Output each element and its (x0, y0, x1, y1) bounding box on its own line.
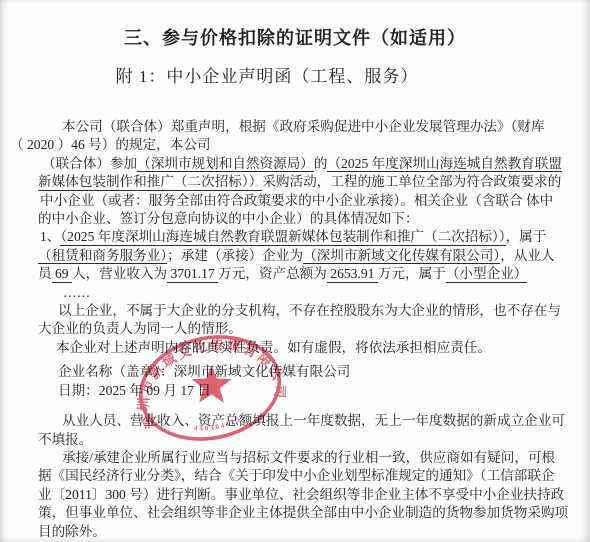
filled-blank-text: （深圳市规划和自然资源局） (137, 156, 314, 173)
doc-line: （ 2020 ）46 号）的规定，本公司 (10, 136, 574, 154)
doc-line: 1、（2025 年度深圳山海连城自然教育联盟新媒体包装制作和推广（二次招标）），… (40, 228, 574, 246)
doc-line: 的中小企业、签订分包意向协议的中小企业）的具体情况如下： (38, 210, 574, 228)
doc-line: （租赁和商务服务业）；承建（承接）企业为（深圳市新域文化传媒有限公司），从业人 (38, 247, 574, 265)
doc-text: 以上企业，不属于大企业的分支机构，不存在控股股东为大企业的情形，也不存在与 (58, 303, 561, 318)
doc-text: 采购活动，工程的施工单位全部为符合政策要求的 (262, 174, 561, 189)
doc-text: 据《国民经济行业分类》，结合《关于印发中小企业划型标准规定的通知》（工信部联企 (38, 468, 555, 483)
page-title: 三、参与价格扣除的证明文件（如适用） (0, 0, 590, 50)
doc-text: ，属于 (506, 229, 547, 244)
filled-blank-text: 2653.91 (327, 266, 378, 283)
doc-text: 承接/承建企业所属行业应当与招标文件要求的行业相一致，供应商如有疑问，可根 (62, 450, 555, 465)
doc-text: 万元，属于 (378, 266, 446, 281)
doc-text: 1、 (40, 229, 60, 244)
doc-line: 不填报。 (38, 431, 574, 449)
doc-text: 的中小企业、签订分包意向协议的中小企业）的具体情况如下： (38, 211, 419, 226)
doc-text: 万元，资产总额为 (218, 266, 327, 281)
doc-text: …… (63, 285, 90, 300)
doc-text: 的 (314, 156, 328, 171)
doc-line: 策，但事业单位、社会组织等非企业主体提供全部由中小企业制造的货物参加货物采购项 (38, 504, 574, 522)
document-page: 三、参与价格扣除的证明文件（如适用） 附 1：中小企业声明函（工程、服务） 本公… (0, 0, 590, 542)
doc-line: 大企业的负责人为同一人的情形。 (38, 320, 574, 338)
doc-text: 员 (38, 266, 52, 281)
doc-line: 据《国民经济行业分类》，结合《关于印发中小企业划型标准规定的通知》（工信部联企 (38, 467, 574, 485)
doc-line: 承接/承建企业所属行业应当与招标文件要求的行业相一致，供应商如有疑问，可根 (62, 449, 574, 467)
doc-text: （ 2020 ）46 号）的规定，本公司 (10, 137, 211, 152)
doc-line: 员 69 人，营业收入为 3701.17 万元，资产总额为 2653.91 万元… (38, 265, 574, 283)
doc-text: ，从业人 (500, 248, 554, 263)
doc-text: （联合体）参加 (42, 156, 137, 171)
filled-blank-text: 69 (52, 266, 72, 283)
filled-blank-text: （深圳市新域文化传媒有限公司） (303, 248, 500, 265)
filled-blank-text: （小型企业） (446, 266, 528, 283)
doc-text: ；承建（承接）企业为 (167, 248, 303, 263)
doc-line: 中小企业（或者：服务全部由符合政策要求的中小企业承接）。相关企业（含联合 体中 (40, 192, 574, 210)
doc-text: 业〔2011〕300 号）进行判断。事业单位、社会组织等非企业主体不享受中小企业… (38, 487, 564, 502)
filled-blank-text: 新媒体包装制作和推广（二次招标）） (38, 174, 262, 191)
doc-line: 目的除外。 (38, 523, 574, 541)
star-icon (192, 365, 232, 403)
doc-text: 目的除外。 (38, 524, 106, 539)
doc-text: 不填报。 (38, 432, 92, 447)
doc-line: 业〔2011〕300 号）进行判断。事业单位、社会组织等非企业主体不享受中小企业… (38, 486, 574, 504)
filled-blank-text: （租赁和商务服务业） (38, 248, 167, 265)
doc-line: （联合体）参加（深圳市规划和自然资源局）的（2025 年度深圳山海连城自然教育联… (42, 155, 574, 173)
doc-line: 以上企业，不属于大企业的分支机构，不存在控股股东为大企业的情形，也不存在与 (58, 302, 574, 320)
filled-blank-text: 3701.17 (167, 266, 218, 283)
doc-text: 策，但事业单位、社会组织等非企业主体提供全部由中小企业制造的货物参加货物采购项 (38, 505, 568, 520)
filled-blank-text: （2025 年度深圳山海连城自然教育联盟 (327, 156, 562, 173)
document-body: 本公司（联合体）郑重声明，根据《政府采购促进中小企业发展管理办法》（财库（ 20… (0, 118, 590, 541)
doc-text: 人，营业收入为 (72, 266, 167, 281)
company-seal-stamp: 深圳市新域文化传媒有限公司 440304125 (128, 330, 292, 450)
doc-text: 本公司（联合体）郑重声明，根据《政府采购促进中小企业发展管理办法》（财库 (62, 119, 545, 134)
doc-line: 新媒体包装制作和推广（二次招标））采购活动，工程的施工单位全部为符合政策要求的 (38, 173, 574, 191)
doc-text: 中小企业（或者：服务全部由符合政策要求的中小企业承接）。相关企业（含联合 体中 (40, 193, 553, 208)
page-subtitle: 附 1：中小企业声明函（工程、服务） (0, 65, 590, 89)
filled-blank-text: （2025 年度深圳山海连城自然教育联盟新媒体包装制作和推广（二次招标）） (60, 229, 505, 246)
doc-line: …… (63, 284, 574, 302)
doc-line: 本公司（联合体）郑重声明，根据《政府采购促进中小企业发展管理办法》（财库 (62, 118, 574, 136)
